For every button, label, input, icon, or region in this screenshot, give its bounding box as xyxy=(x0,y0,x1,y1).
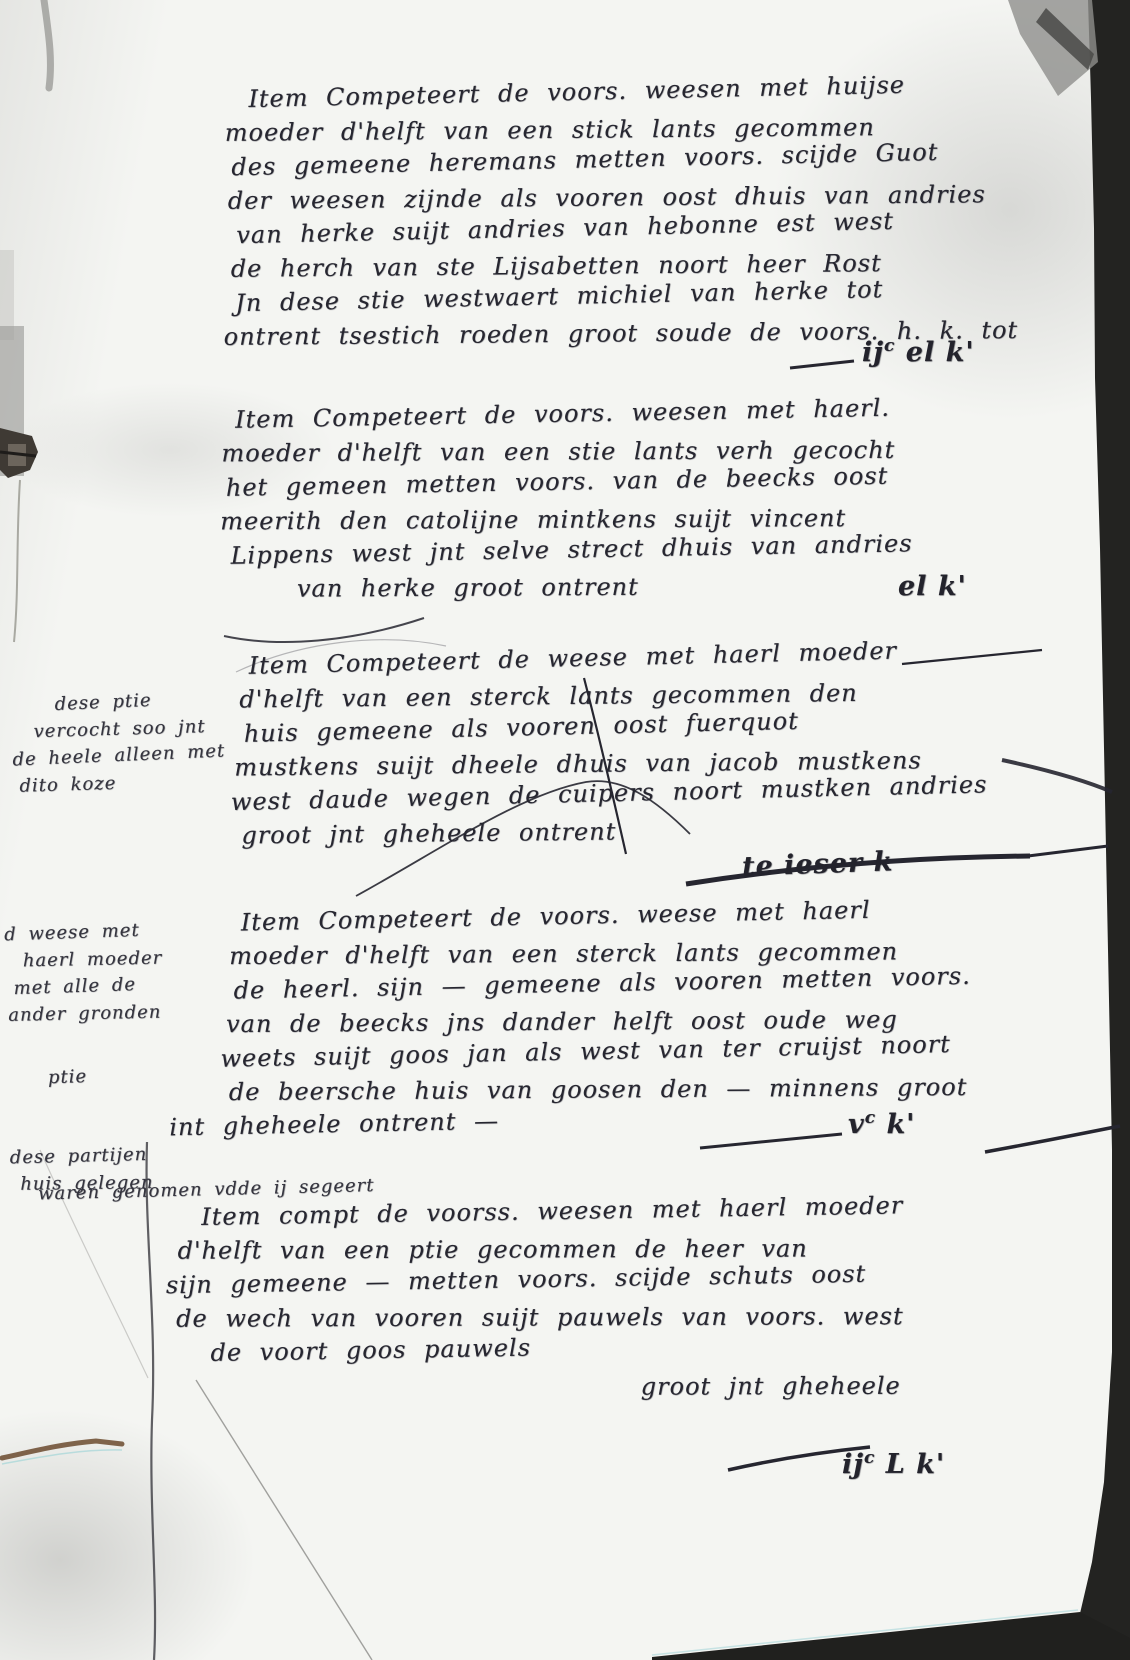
entry-5-total: ijc L k' xyxy=(842,1448,945,1480)
entry-line: Item Competeert de voors. weese met haer… xyxy=(240,889,1067,940)
binding-mark-light xyxy=(8,444,26,466)
right-scan-border xyxy=(1062,0,1130,1660)
diagonal-crease xyxy=(196,1380,372,1660)
stain-fringe xyxy=(2,1450,122,1464)
margin-note-line: ander gronden xyxy=(8,997,227,1029)
margin-note-line: ptie xyxy=(47,1058,228,1091)
entry3-sum-strike-tail xyxy=(1028,846,1108,856)
corner-dark-streak xyxy=(1036,8,1094,70)
entry-3-margin-note: dese ptie vercocht soo jnt de heele alle… xyxy=(10,684,244,800)
entry-4: Item Competeert de voors. weese met haer… xyxy=(227,895,1070,1143)
binding-tail-line xyxy=(14,480,20,642)
entry-line: groot jnt gheheele xyxy=(641,1368,1031,1403)
entry2-flourish xyxy=(224,618,424,642)
entry-3: Item Competeert de weese met haerl moede… xyxy=(234,635,1067,852)
entry-3-total: te ieser k xyxy=(741,845,893,882)
top-left-streak xyxy=(44,0,50,88)
entry-1: Item Competeert de voors. weesen met hui… xyxy=(230,70,1064,354)
entry-line: Item Competeert de voors. weesen met hui… xyxy=(248,64,1061,116)
manuscript-page: Item Competeert de voors. weesen met hui… xyxy=(0,0,1130,1660)
entry-1-total: ijc el k' xyxy=(862,336,975,368)
entry1-sum-dash xyxy=(790,361,854,368)
binding-mark xyxy=(0,428,38,478)
entry-line: Item Competeert de voors. weesen met hae… xyxy=(235,388,1055,437)
brown-stain xyxy=(2,1441,122,1458)
entry-2-total: el k' xyxy=(898,570,967,602)
entry-4-total: vc k' xyxy=(848,1108,915,1140)
entry-4-margin-note: d weese met haerl moeder met alle de and… xyxy=(4,915,228,1092)
bottom-edge-highlight xyxy=(652,1610,1078,1655)
binding-thread xyxy=(0,452,36,456)
vertical-crease xyxy=(147,1142,155,1660)
entry-5: Item compt de voorss. weesen met haerl m… xyxy=(169,1192,1031,1407)
margin-note-line: dese partijen xyxy=(9,1139,230,1172)
margin-note-line: dito koze xyxy=(19,766,244,800)
bottom-scan-edge xyxy=(652,1612,1130,1660)
binding-shadow-band-2 xyxy=(0,326,24,476)
binding-shadow-band xyxy=(0,250,14,340)
entry-line: groot jnt gheheele ontrent xyxy=(241,810,1067,853)
